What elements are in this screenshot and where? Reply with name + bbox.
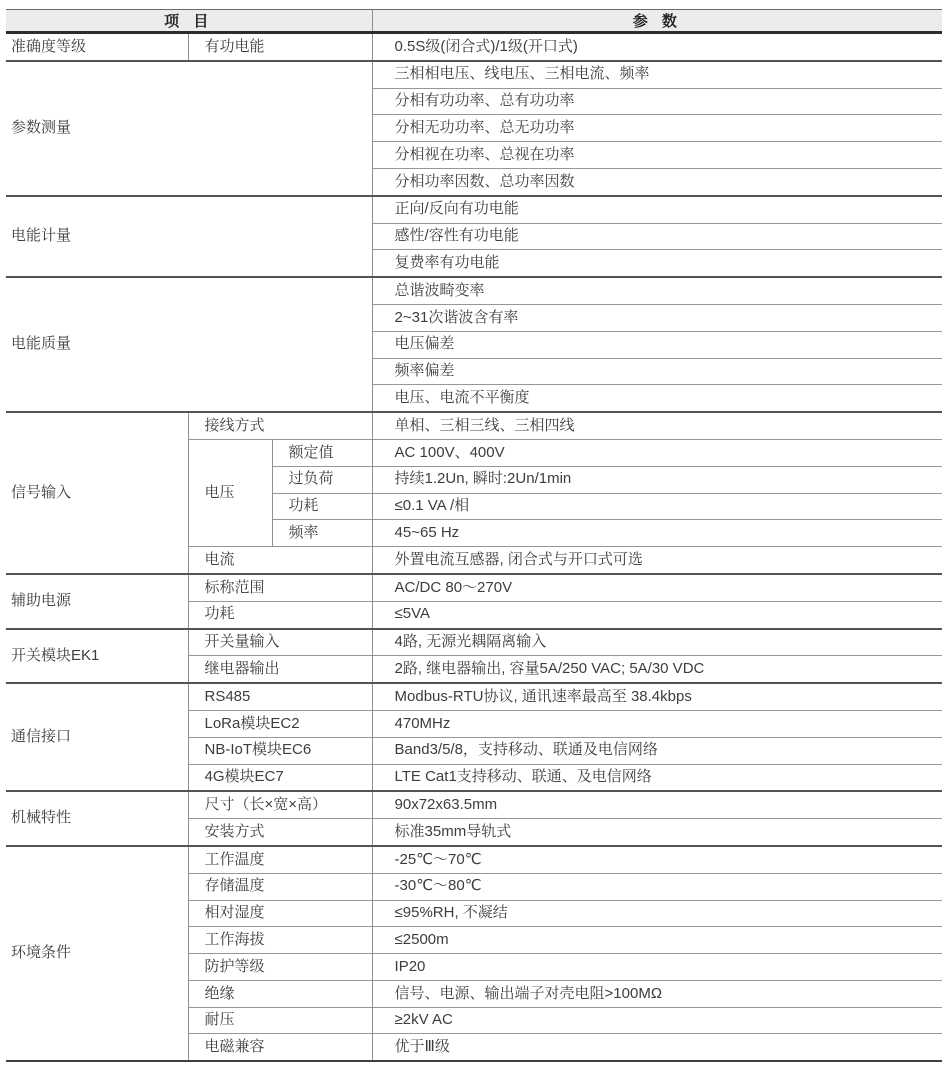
category-cell: 信号输入 [6, 412, 188, 574]
param-value-cell: Modbus-RTU协议, 通讯速率最高至 38.4kbps [372, 683, 942, 710]
param-value-cell: AC/DC 80～270V [372, 574, 942, 601]
param-label-cell: 接线方式 [188, 412, 372, 439]
param-value-cell: ≤5VA [372, 601, 942, 628]
param-value-cell: 总谐波畸变率 [372, 277, 942, 304]
param-value-cell: 三相相电压、线电压、三相电流、频率 [372, 61, 942, 88]
table-row: 电能计量正向/反向有功电能 [6, 196, 942, 223]
param-label-cell: 存储温度 [188, 873, 372, 900]
param-value-cell: AC 100V、400V [372, 439, 942, 466]
category-cell: 电能质量 [6, 277, 372, 412]
param-value-cell: 2~31次谐波含有率 [372, 304, 942, 331]
header-item-column: 项 目 [6, 10, 372, 33]
table-row: 准确度等级有功电能0.5S级(闭合式)/1级(开口式) [6, 33, 942, 61]
spec-table-header: 项 目 参 数 [6, 10, 942, 33]
param-value-cell: 正向/反向有功电能 [372, 196, 942, 223]
param-value-cell: Band3/5/8，支持移动、联通及电信网络 [372, 737, 942, 764]
param-value-cell: ≤2500m [372, 927, 942, 954]
category-cell: 电能计量 [6, 196, 372, 277]
param-label-cell: 安装方式 [188, 819, 372, 846]
param-value-cell: 电压、电流不平衡度 [372, 385, 942, 412]
param-label-cell: 防护等级 [188, 954, 372, 981]
category-cell: 开关模块EK1 [6, 629, 188, 684]
param-value-cell: 分相视在功率、总视在功率 [372, 142, 942, 169]
param-label-cell: 有功电能 [188, 33, 372, 61]
spec-sheet: 项 目 参 数 准确度等级有功电能0.5S级(闭合式)/1级(开口式)参数测量三… [0, 0, 948, 1065]
header-row: 项 目 参 数 [6, 10, 942, 33]
param-label-cell: 工作温度 [188, 846, 372, 873]
param-value-cell: 频率偏差 [372, 358, 942, 385]
param-label-cell: 继电器输出 [188, 656, 372, 683]
param-value-cell: 分相有功功率、总有功功率 [372, 88, 942, 115]
param-label-cell: 开关量输入 [188, 629, 372, 656]
param-label-cell: 工作海拔 [188, 927, 372, 954]
group-cell: 电压 [188, 439, 272, 546]
param-label-cell: 频率 [272, 520, 372, 547]
param-value-cell: 感性/容性有功电能 [372, 223, 942, 250]
param-value-cell: ≤0.1 VA /相 [372, 493, 942, 520]
category-cell: 辅助电源 [6, 574, 188, 629]
spec-table-body: 准确度等级有功电能0.5S级(闭合式)/1级(开口式)参数测量三相相电压、线电压… [6, 33, 942, 1062]
table-row: 开关模块EK1开关量输入4路, 无源光耦隔离输入 [6, 629, 942, 656]
param-value-cell: LTE Cat1支持移动、联通、及电信网络 [372, 764, 942, 791]
param-value-cell: 0.5S级(闭合式)/1级(开口式) [372, 33, 942, 61]
param-value-cell: 4路, 无源光耦隔离输入 [372, 629, 942, 656]
table-row: 信号输入接线方式单相、三相三线、三相四线 [6, 412, 942, 439]
header-params-column: 参 数 [372, 10, 942, 33]
category-cell: 环境条件 [6, 846, 188, 1061]
param-label-cell: 尺寸（长×宽×高） [188, 791, 372, 818]
param-value-cell: -30℃～80℃ [372, 873, 942, 900]
param-value-cell: 2路, 继电器输出, 容量5A/250 VAC; 5A/30 VDC [372, 656, 942, 683]
param-value-cell: 复费率有功电能 [372, 250, 942, 277]
param-value-cell: ≥2kV AC [372, 1007, 942, 1034]
category-cell: 机械特性 [6, 791, 188, 846]
table-row: 通信接口RS485Modbus-RTU协议, 通讯速率最高至 38.4kbps [6, 683, 942, 710]
param-label-cell: 4G模块EC7 [188, 764, 372, 791]
param-value-cell: 单相、三相三线、三相四线 [372, 412, 942, 439]
param-value-cell: 分相功率因数、总功率因数 [372, 168, 942, 195]
param-value-cell: -25℃～70℃ [372, 846, 942, 873]
param-value-cell: 优于Ⅲ级 [372, 1034, 942, 1061]
param-label-cell: 过负荷 [272, 466, 372, 493]
param-value-cell: 470MHz [372, 710, 942, 737]
param-label-cell: 额定值 [272, 439, 372, 466]
param-label-cell: 标称范围 [188, 574, 372, 601]
param-value-cell: ≤95%RH, 不凝结 [372, 900, 942, 927]
param-label-cell: 耐压 [188, 1007, 372, 1034]
param-label-cell: 相对湿度 [188, 900, 372, 927]
param-label-cell: 绝缘 [188, 980, 372, 1007]
param-label-cell: LoRa模块EC2 [188, 710, 372, 737]
category-cell: 准确度等级 [6, 33, 188, 61]
param-value-cell: 标准35mm导轨式 [372, 819, 942, 846]
param-value-cell: 45~65 Hz [372, 520, 942, 547]
param-label-cell: 电流 [188, 547, 372, 574]
table-row: 机械特性尺寸（长×宽×高）90x72x63.5mm [6, 791, 942, 818]
table-row: 环境条件工作温度-25℃～70℃ [6, 846, 942, 873]
table-row: 电能质量总谐波畸变率 [6, 277, 942, 304]
param-value-cell: 外置电流互感器, 闭合式与开口式可选 [372, 547, 942, 574]
param-value-cell: 电压偏差 [372, 331, 942, 358]
param-label-cell: RS485 [188, 683, 372, 710]
param-label-cell: NB-IoT模块EC6 [188, 737, 372, 764]
param-label-cell: 电磁兼容 [188, 1034, 372, 1061]
param-value-cell: 分相无功功率、总无功功率 [372, 115, 942, 142]
param-value-cell: 90x72x63.5mm [372, 791, 942, 818]
table-row: 参数测量三相相电压、线电压、三相电流、频率 [6, 61, 942, 88]
table-row: 辅助电源标称范围AC/DC 80～270V [6, 574, 942, 601]
param-label-cell: 功耗 [272, 493, 372, 520]
param-value-cell: 信号、电源、输出端子对壳电阻>100MΩ [372, 980, 942, 1007]
param-label-cell: 功耗 [188, 601, 372, 628]
category-cell: 通信接口 [6, 683, 188, 791]
param-value-cell: 持续1.2Un, 瞬时:2Un/1min [372, 466, 942, 493]
spec-table: 项 目 参 数 准确度等级有功电能0.5S级(闭合式)/1级(开口式)参数测量三… [6, 9, 942, 1062]
category-cell: 参数测量 [6, 61, 372, 196]
param-value-cell: IP20 [372, 954, 942, 981]
